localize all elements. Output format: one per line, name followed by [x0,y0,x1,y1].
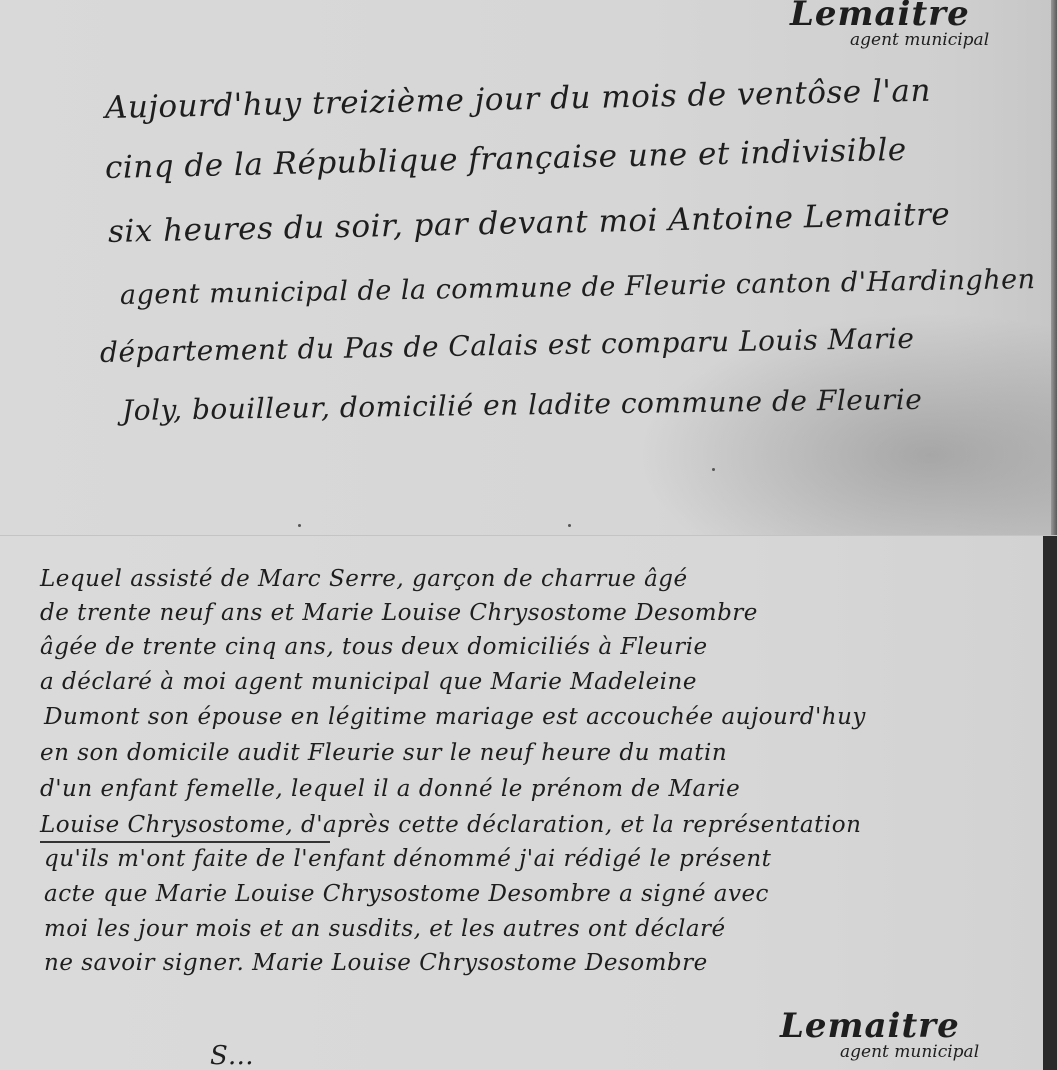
record-line-1: Aujourd'huy treizième jour du mois de ve… [105,73,932,126]
record-line-13: d'un enfant femelle, lequel il a donné l… [40,776,740,802]
signature-title: agent municipal [850,30,989,50]
record-line-8: de trente neuf ans et Marie Louise Chrys… [40,600,758,626]
header-signature: Lemaitre agent municipal [790,0,989,50]
document-page: Lemaitre agent municipal Aujourd'huy tre… [0,0,1057,1070]
record-line-9: âgée de trente cinq ans, tous deux domic… [40,634,708,660]
top-scan-section: Lemaitre agent municipal Aujourd'huy tre… [0,0,1057,535]
record-line-6: Joly, bouilleur, domicilié en ladite com… [122,383,923,427]
record-line-3: six heures du soir, par devant moi Antoi… [108,196,951,250]
ink-speck [712,468,715,471]
signature-name: Lemaitre [780,1006,979,1046]
record-line-2: cinq de la République française une et i… [105,132,907,186]
record-line-16: acte que Marie Louise Chrysostome Desomb… [44,881,769,907]
record-line-7: Lequel assisté de Marc Serre, garçon de … [40,566,688,592]
closing-signature: Lemaitre agent municipal [780,1006,979,1062]
cut-off-text: S… [210,1041,254,1070]
signature-title: agent municipal [840,1042,979,1062]
ink-speck [568,524,571,527]
record-line-10: a déclaré à moi agent municipal que Mari… [40,669,697,695]
record-line-12: en son domicile audit Fleurie sur le neu… [40,740,727,766]
record-line-18: ne savoir signer. Marie Louise Chrysosto… [44,950,708,976]
scan-edge [1043,536,1057,1070]
record-line-15: qu'ils m'ont faite de l'enfant dénommé j… [44,846,771,872]
signature-name: Lemaitre [790,0,989,34]
name-underline [40,841,330,843]
record-line-14: Louise Chrysostome, d'après cette déclar… [40,812,861,838]
record-line-11: Dumont son épouse en légitime mariage es… [44,704,866,730]
scan-edge [1051,0,1057,535]
ink-speck [298,524,301,527]
bottom-scan-section: Lequel assisté de Marc Serre, garçon de … [0,535,1057,1070]
record-line-4: agent municipal de la commune de Fleurie… [120,264,1036,311]
record-line-17: moi les jour mois et an susdits, et les … [44,916,726,942]
record-line-5: département du Pas de Calais est comparu… [100,322,915,369]
